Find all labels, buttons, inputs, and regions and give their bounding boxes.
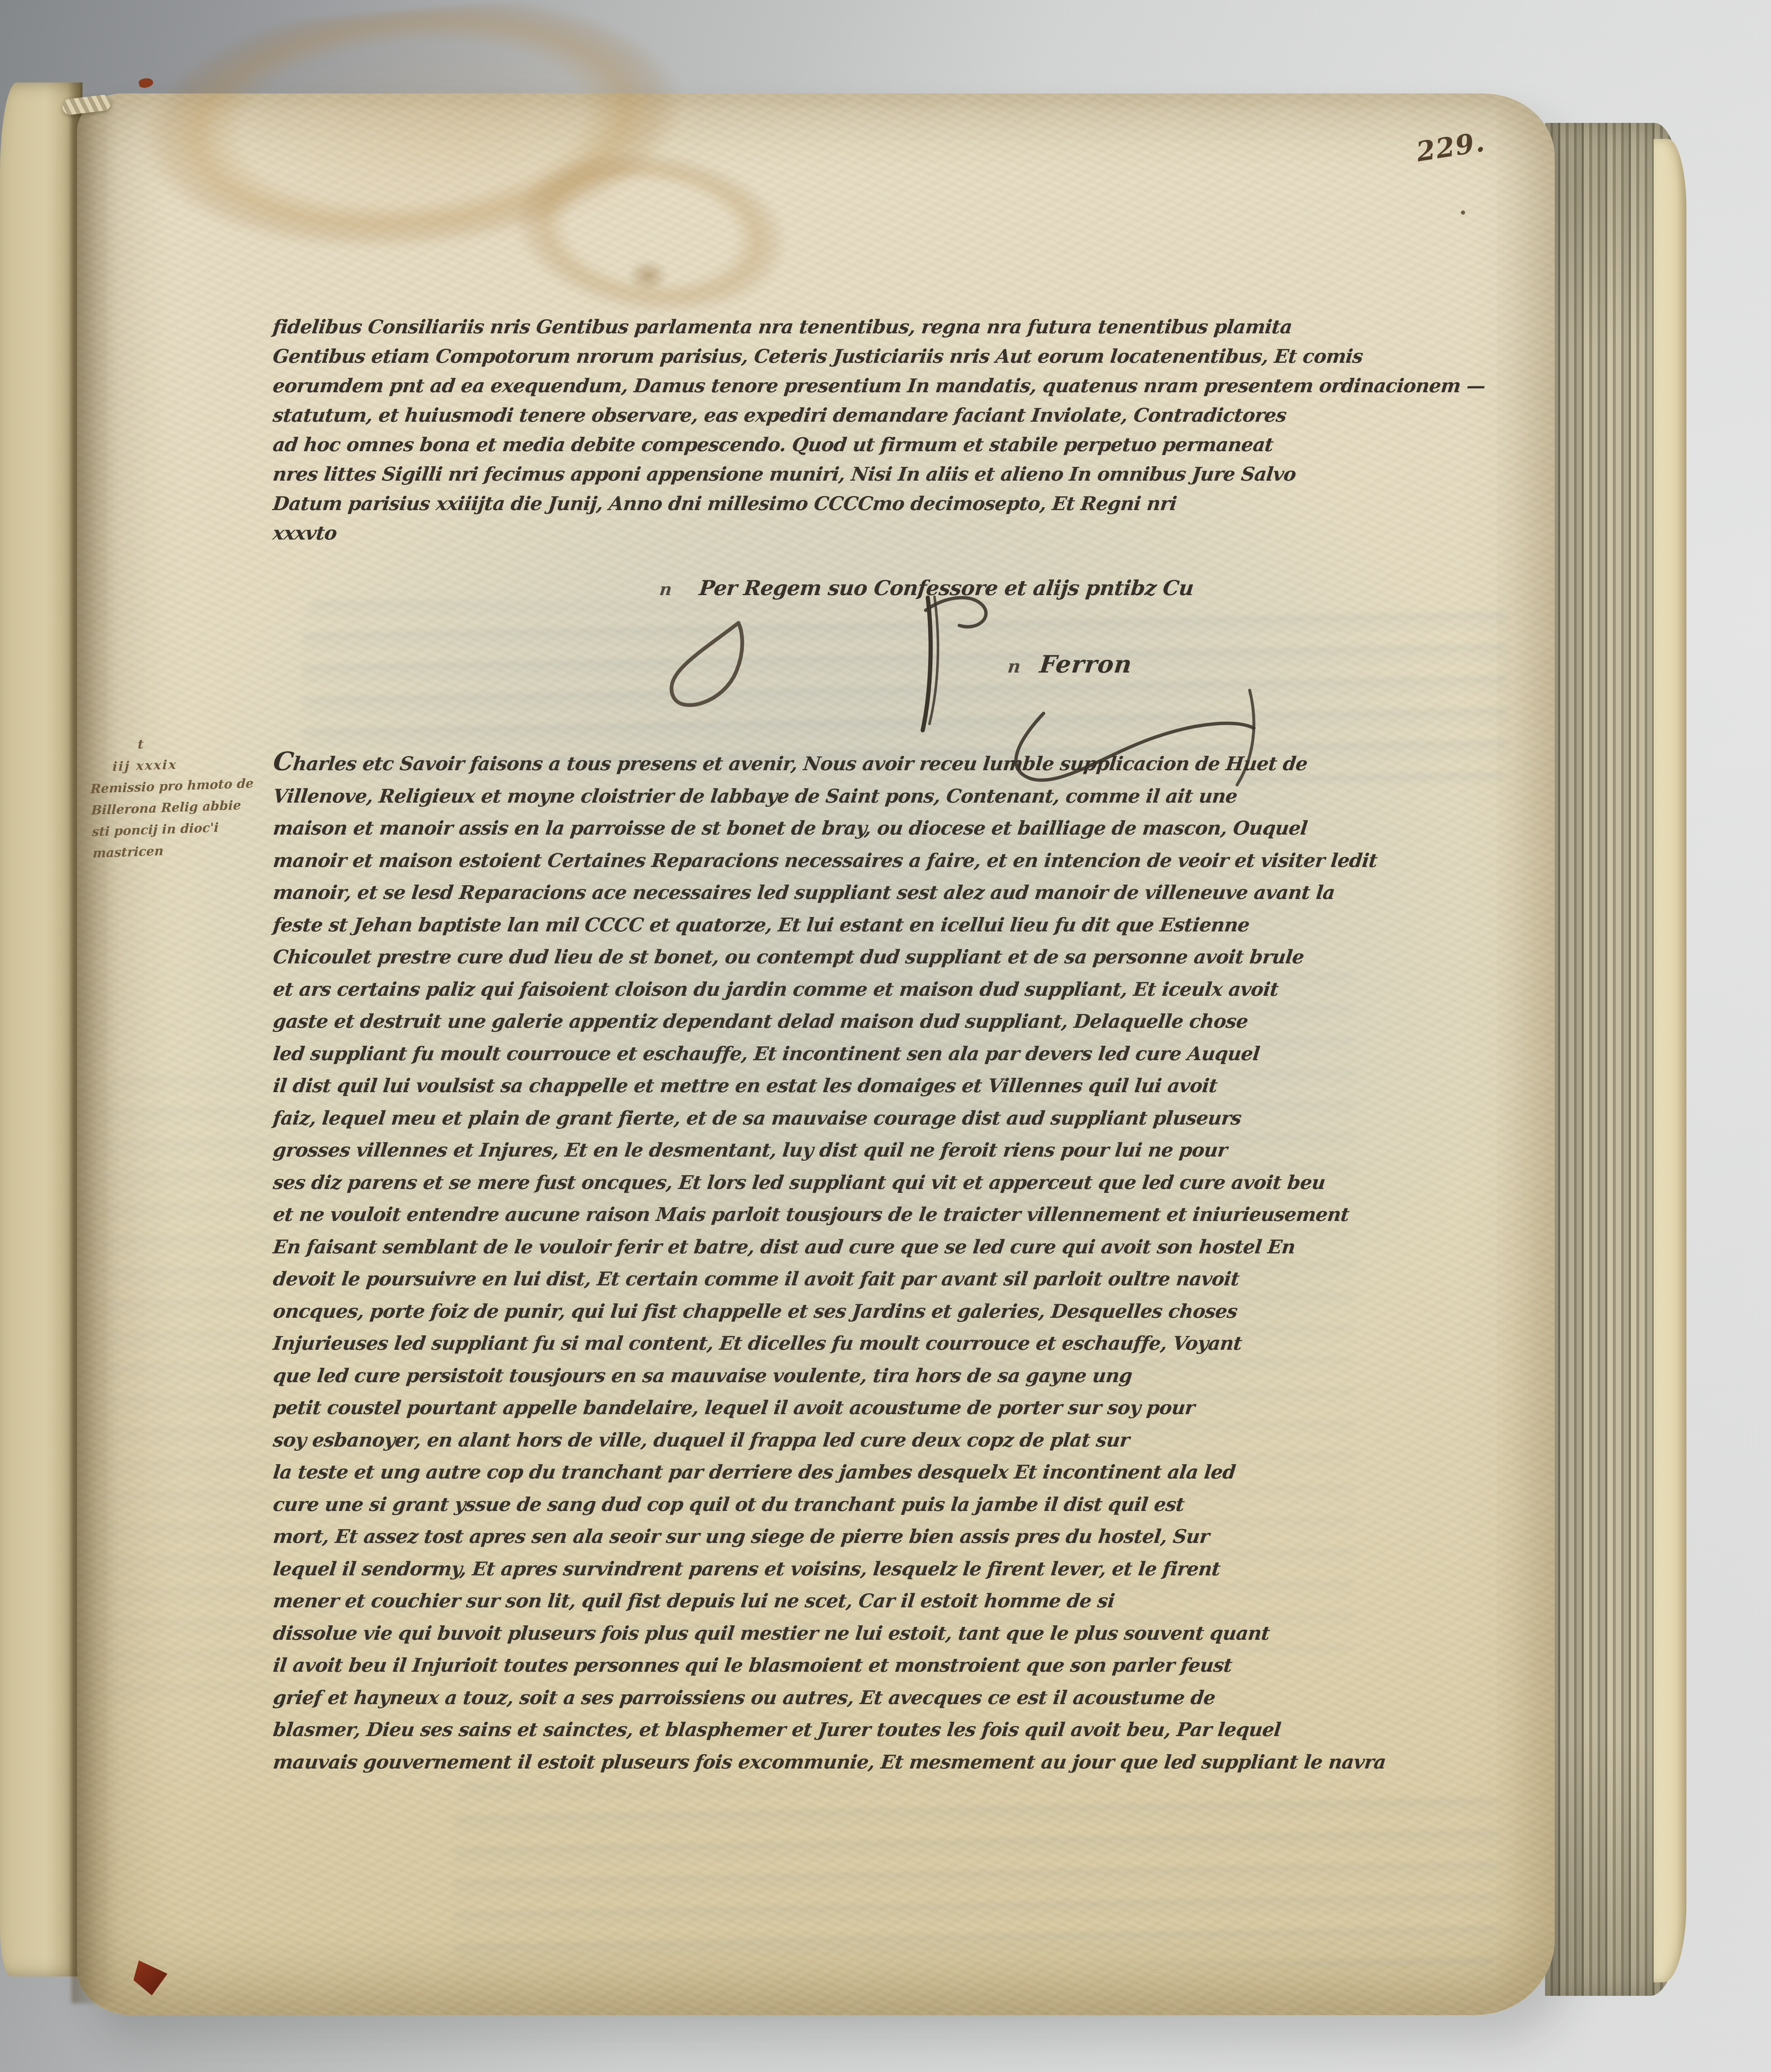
margin-note: t iij xxxix Remissio pro hmoto de Biller… <box>88 729 277 864</box>
french-line: Injurieuses led suppliant fu si mal cont… <box>271 1327 1339 1360</box>
latin-line: fidelibus Consiliariis nris Gentibus par… <box>271 312 1345 342</box>
red-leather-spine-top <box>138 77 154 89</box>
french-line: et ars certains paliz qui faisoient cloi… <box>271 973 1339 1006</box>
french-line: Charles etc Savoir faisons a tous presen… <box>271 746 1340 780</box>
french-line: blasmer, Dieu ses sains et sainctes, et … <box>271 1714 1339 1746</box>
french-line: gaste et destruit une galerie appentiz d… <box>271 1005 1339 1038</box>
outer-leaf-edge <box>1654 139 1686 1982</box>
latin-line: ad hoc omnes bona et media debite compes… <box>271 430 1345 460</box>
french-line: soy esbanoyer, en alant hors de ville, d… <box>271 1424 1339 1457</box>
french-line: petit coustel pourtant appelle bandelair… <box>271 1392 1339 1424</box>
latin-line: eorumdem pnt ad ea exequendum, Damus ten… <box>271 371 1345 401</box>
french-line: led suppliant fu moult courrouce et esch… <box>271 1038 1339 1070</box>
latin-line: nres littes Sigilli nri fecimus apponi a… <box>271 460 1345 489</box>
french-line: que led cure persistoit tousjours en sa … <box>271 1360 1339 1392</box>
french-line: la teste et ung autre cop du tranchant p… <box>271 1456 1339 1489</box>
french-line: cure une si grant yssue de sang dud cop … <box>271 1489 1339 1521</box>
previous-page-sliver <box>0 82 82 1976</box>
french-line: En faisant semblant de le vouloir ferir … <box>271 1231 1339 1263</box>
latin-line: Gentibus etiam Compotorum nrorum parisiu… <box>271 342 1345 371</box>
gutter-crease <box>72 101 118 2003</box>
french-line: mener et couchier sur son lit, quil fist… <box>271 1585 1339 1617</box>
french-letter-of-remission: Charles etc Savoir faisons a tous presen… <box>271 746 1336 1778</box>
french-line: manoir, et se lesd Reparacions ace neces… <box>271 877 1339 909</box>
latin-line: statutum, et huiusmodi tenere observare,… <box>271 401 1345 430</box>
french-line: maison et manoir assis en la parroisse d… <box>271 812 1339 845</box>
latin-line: xxxvto <box>271 519 1345 548</box>
french-line: grosses villennes et Injures, Et en le d… <box>271 1134 1339 1167</box>
french-line: il dist quil lui voulsist sa chappelle e… <box>271 1070 1339 1102</box>
french-line: dissolue vie qui buvoit pluseurs fois pl… <box>271 1617 1339 1650</box>
french-line: ses diz parens et se mere fust oncques, … <box>271 1167 1339 1199</box>
french-line: feste st Jehan baptiste lan mil CCCC et … <box>271 909 1339 942</box>
french-line: et ne vouloit entendre aucune raison Mai… <box>271 1199 1339 1231</box>
latin-line: Datum parisius xxiiijta die Junij, Anno … <box>271 489 1345 519</box>
french-line: devoit le poursuivre en lui dist, Et cer… <box>271 1263 1339 1295</box>
french-line: oncques, porte foiz de punir, qui lui fi… <box>271 1295 1339 1328</box>
french-line: mort, Et assez tost apres sen ala seoir … <box>271 1521 1339 1553</box>
french-line: grief et hayneux a touz, soit a ses parr… <box>271 1682 1339 1714</box>
french-line: lequel il sendormy, Et apres survindrent… <box>271 1553 1339 1585</box>
french-line: faiz, lequel meu et plain de grant fiert… <box>271 1102 1339 1135</box>
french-line: Chicoulet prestre cure dud lieu de st bo… <box>271 941 1339 973</box>
french-line: manoir et maison estoient Certaines Repa… <box>271 845 1339 877</box>
latin-closing-paragraph: fidelibus Consiliariis nris Gentibus par… <box>271 312 1342 548</box>
french-line: mauvais gouvernement il estoit pluseurs … <box>271 1746 1339 1779</box>
folio-number-dot <box>1461 210 1465 215</box>
french-line: Villenove, Religieux et moyne cloistrier… <box>271 780 1339 813</box>
manuscript-photo: 229. fidelibus Consiliariis nris Gentibu… <box>0 0 1771 2072</box>
french-line: il avoit beu il Injurioit toutes personn… <box>271 1649 1339 1682</box>
